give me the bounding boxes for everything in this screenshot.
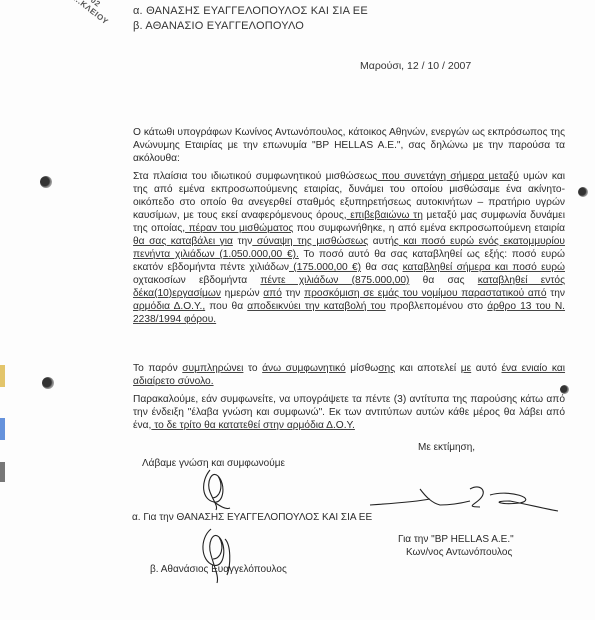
recipient-b: β. ΑΘΑΝΑΣΙΟ ΕΥΑΓΓΕΛΟΠΟΥΛΟ — [133, 20, 304, 32]
underlined-text: άνω συμφωνητικό — [262, 363, 346, 374]
underlined-text: πέραν του μισθώματος — [185, 223, 293, 234]
underlined-text: αρμόδια Δ.Ο.Υ., — [133, 301, 205, 312]
company-representative: Κων/νος Αντωνόπουλος — [406, 547, 512, 558]
text-segment: την — [233, 236, 252, 247]
underlined-text: που συνετάγη σήμερα μεταξύ — [377, 171, 519, 182]
signatory-a-label: α. Για την ΘΑΝΑΣΗΣ ΕΥΑΓΓΕΛΟΠΟΥΛΟΣ ΚΑΙ ΣΙ… — [132, 512, 372, 523]
underlined-text: (175.000,00 €) — [289, 262, 361, 273]
body-paragraph-1: Στα πλαίσια του ιδιωτικού συμφωνητικού μ… — [133, 170, 565, 326]
text-segment: Το παρόν — [133, 363, 182, 374]
text-segment: προβλεπομένου στο — [386, 301, 487, 312]
text-segment: που συμφωνήθηκε, η από εμένα εκπροσωπούμ… — [293, 223, 565, 234]
hole-punch-icon — [40, 176, 52, 188]
intro-paragraph: Ο κάτωθι υπογράφων Κωνίνος Αντωνόπουλος,… — [133, 126, 565, 165]
text-segment: που θα — [205, 301, 247, 312]
underlined-text: προσκόμιση σε εμάς του νομίμου παραστατι… — [304, 288, 546, 299]
text-segment: θα σας — [361, 262, 403, 273]
text-segment: αυτό — [471, 363, 501, 374]
signature-company — [370, 485, 560, 520]
hole-punch-icon — [42, 377, 54, 389]
underlined-text: θα σας καταβάλει για — [133, 236, 233, 247]
underlined-text: συμπληρώνει — [182, 363, 243, 374]
hole-punch-icon — [578, 187, 588, 197]
edge-artifact — [0, 365, 5, 387]
text-segment: θα σας — [409, 275, 477, 286]
underlined-text: σύναψη της μισθώσεως — [252, 236, 368, 247]
underlined-text: σης — [378, 363, 395, 374]
text-segment: οχτακοσίων εβδομήντα — [133, 275, 260, 286]
signature-a — [190, 462, 250, 512]
underlined-text: πέντε χιλιάδων (875.000,00) — [260, 275, 409, 286]
underlined-text: καταβληθεί σήμερα και ποσό ευρώ — [403, 262, 565, 273]
body-paragraph-2: Το παρόν συμπληρώνει το άνω συμφωνητικό … — [133, 362, 565, 388]
edge-artifact — [0, 462, 5, 482]
postal-stamp: ...ΕΟ ΠΣ 02 ...ΚΛΕΙΟΥ — [64, 0, 136, 48]
text-segment: αυτή — [368, 236, 394, 247]
date-line: Μαρούσι, 12 / 10 / 2007 — [360, 60, 471, 72]
text-segment: Στα πλαίσια του ιδιωτικού συμφωνητικού μ… — [133, 171, 377, 182]
underlined-text: αποδεικνύει την καταβολή του — [247, 301, 385, 312]
text-segment: μίσθω — [346, 363, 379, 374]
company-signatory-line: Για την "BP HELLAS A.E." — [398, 534, 514, 545]
text-segment: την — [547, 288, 565, 299]
text-segment: την — [282, 288, 304, 299]
recipient-a: α. ΘΑΝΑΣΗΣ ΕΥΑΓΓΕΛΟΠΟΥΛΟΣ ΚΑΙ ΣΙΑ ΕΕ — [133, 5, 368, 17]
underlined-text: από — [263, 288, 282, 299]
signatory-b-label: β. Αθανάσιος Ευαγγελόπουλος — [150, 564, 287, 575]
signature-b — [195, 525, 250, 585]
body-paragraph-3: Παρακαλούμε, εάν συμφωνείτε, να υπογράψε… — [133, 393, 565, 432]
text-segment: το — [243, 363, 262, 374]
text-segment: ημερών — [221, 288, 263, 299]
underlined-text: με — [461, 363, 471, 374]
text-segment: και αποτελεί — [395, 363, 461, 374]
underlined-text: το δε τρίτο θα κατατεθεί στην αρμόδια Δ.… — [151, 420, 355, 431]
closing: Με εκτίμηση, — [418, 442, 475, 453]
underlined-text: επιβεβαιώνω τη — [347, 210, 423, 221]
edge-artifact — [0, 418, 5, 440]
